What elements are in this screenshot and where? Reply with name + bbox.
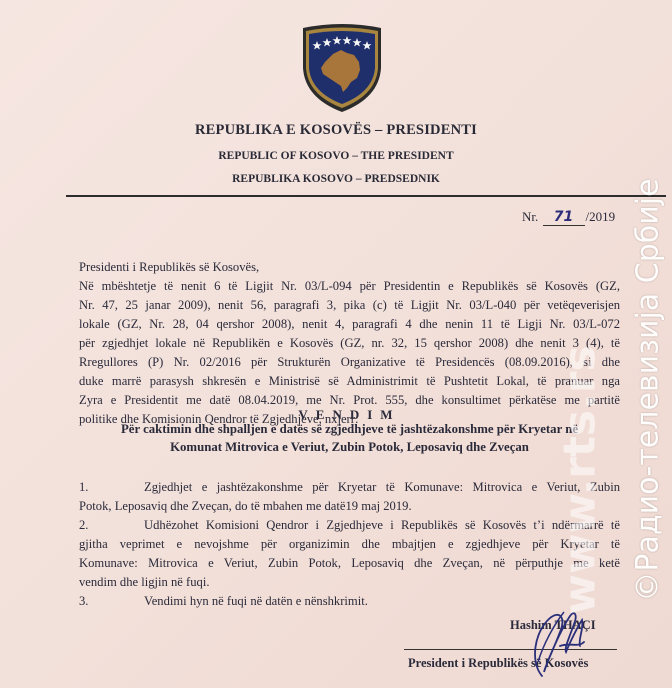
decision-subject-line: Komunat Mitrovica e Veriut, Zubin Potok,… — [79, 440, 620, 455]
preamble-line: Nr. 47, 25 janar 2009), nenit 56, paragr… — [79, 296, 620, 315]
header-serbian: REPUBLIKA KOSOVO – PREDSEDNIK — [0, 173, 672, 185]
preamble-line: Presidenti i Republikës së Kosovës, — [79, 258, 620, 277]
decision-items: 1.Zgjedhjet e jashtëzakonshme për Kryeta… — [79, 478, 620, 611]
header-english: REPUBLIC OF KOSOVO – THE PRESIDENT — [0, 150, 672, 162]
header-divider — [66, 195, 666, 197]
reference-year: /2019 — [586, 209, 616, 224]
preamble: Presidenti i Republikës së Kosovës, Në m… — [79, 258, 620, 429]
decision-subject-line: Për caktimin dhe shpalljen e datës së zg… — [79, 422, 620, 437]
preamble-line: Në mbështetje të nenit 6 të Ligjit Nr. 0… — [79, 277, 620, 296]
decision-item-2-cont: Komunave: Mitrovica e Veriut, Zubin Poto… — [79, 554, 620, 573]
item-number: 3. — [79, 592, 144, 611]
decision-item-2: 2.Udhëzohet Komisioni Qendror i Zgjedhje… — [79, 516, 620, 535]
document-page: REPUBLIKA E KOSOVËS – PRESIDENTI REPUBLI… — [0, 0, 672, 688]
item-number: 2. — [79, 516, 144, 535]
decision-item-2-cont: gjitha veprimet e nevojshme për organizi… — [79, 535, 620, 554]
rts-copyright-watermark: ©Радио-телевизија Србије — [626, 150, 670, 630]
decision-heading: VENDIM — [79, 407, 620, 423]
reference-handwritten-number: 71 — [543, 209, 585, 226]
reference-prefix: Nr. — [522, 209, 538, 224]
coat-of-arms-icon — [299, 22, 385, 114]
decision-item-2-cont: vendim dhe ligjin në fuqi. — [79, 573, 620, 592]
decision-item-1-cont: Potok, Leposaviq dhe Zveçan, do të mbahe… — [79, 497, 620, 516]
decision-item-1: 1.Zgjedhjet e jashtëzakonshme për Kryeta… — [79, 478, 620, 497]
item-number: 1. — [79, 478, 144, 497]
preamble-line: duke marrë parasysh shkresën e Ministris… — [79, 372, 620, 391]
header-albanian: REPUBLIKA E KOSOVËS – PRESIDENTI — [0, 122, 672, 139]
rts-url-watermark: www.rts.rs — [560, 330, 600, 630]
preamble-line: për zgjedhjet lokale në Republikën e Kos… — [79, 334, 620, 353]
reference-number: Nr. 71/2019 — [522, 209, 615, 226]
preamble-line: lokale (GZ, Nr. 28, 04 qershor 2008), ne… — [79, 315, 620, 334]
preamble-line: Rregullores (P) Nr. 02/2016 për Struktur… — [79, 353, 620, 372]
